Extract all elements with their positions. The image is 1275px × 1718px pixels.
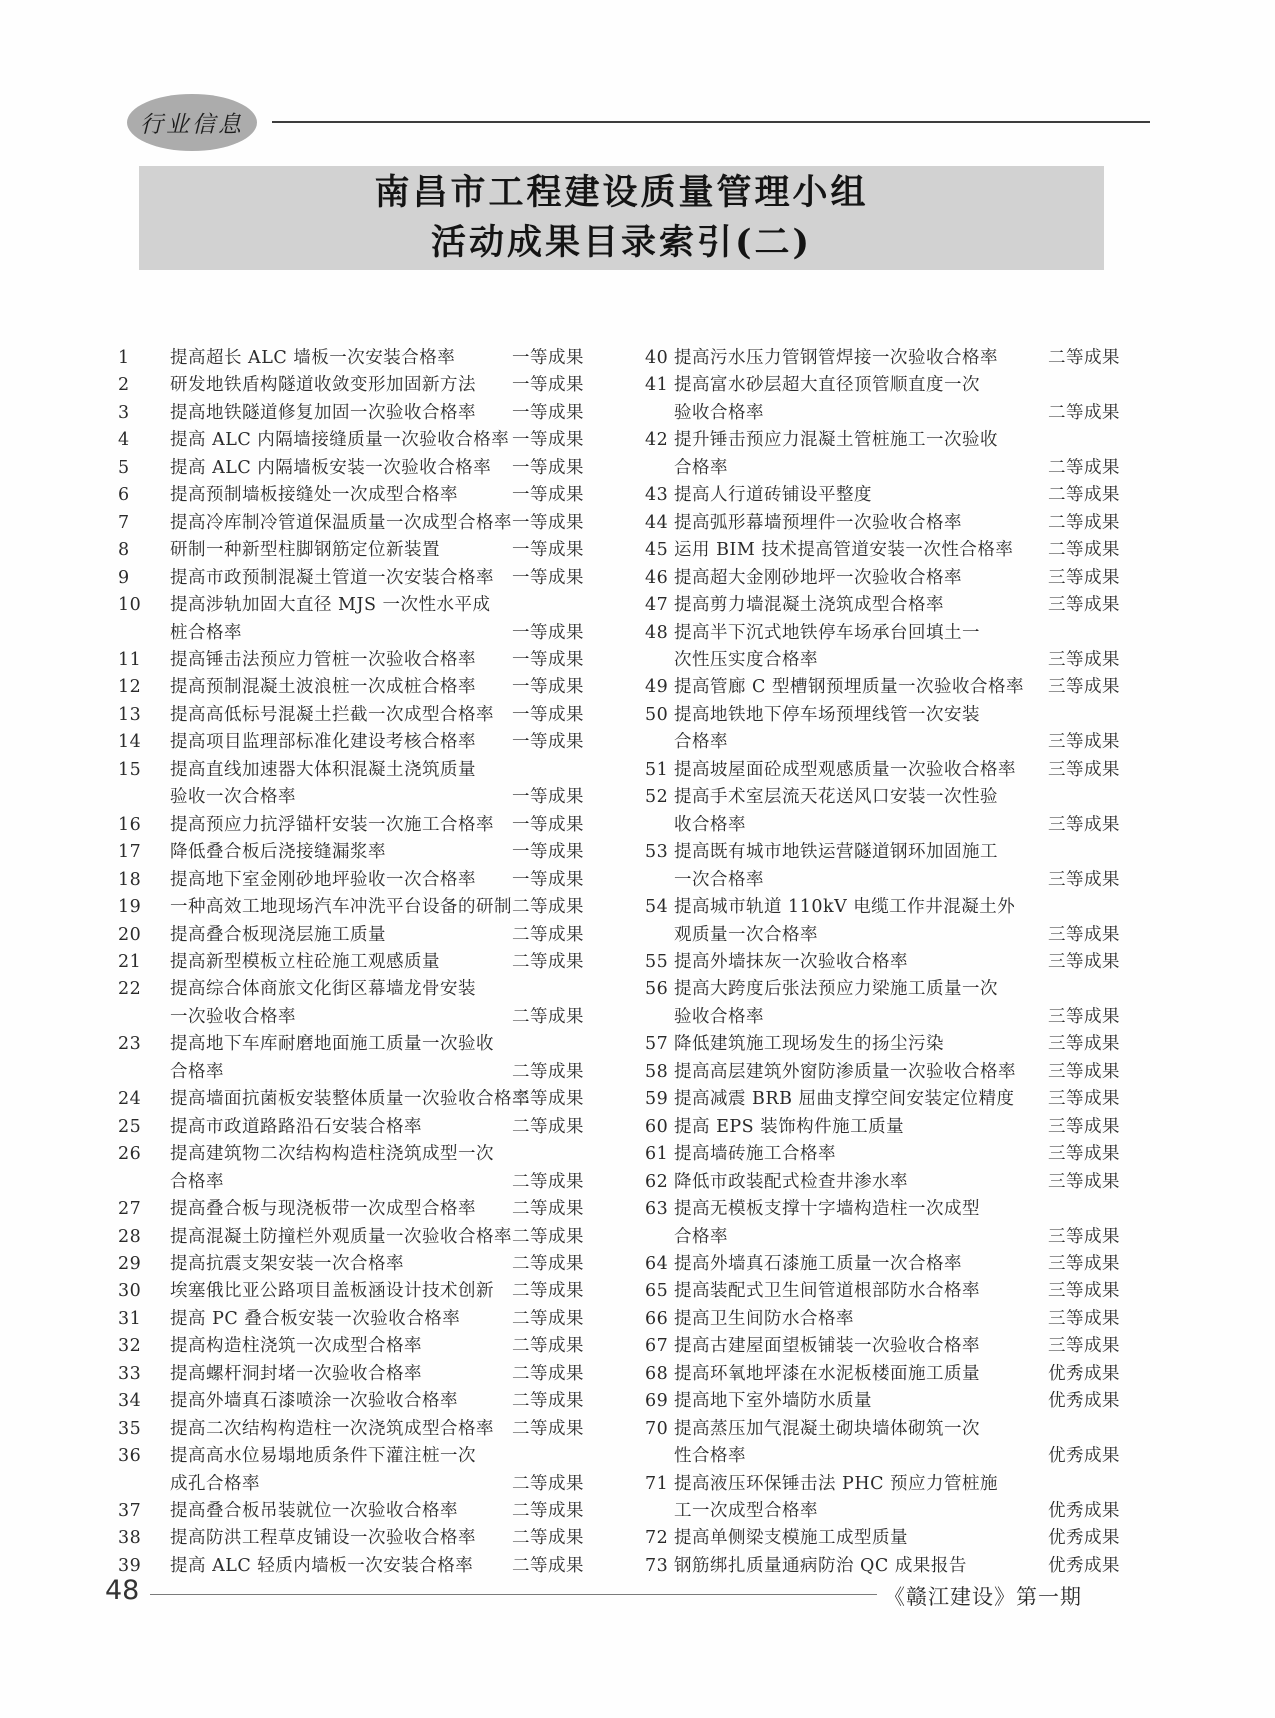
footer-rule xyxy=(150,1594,877,1595)
catalog-item-number: 26 xyxy=(118,1141,170,1168)
catalog-item-title: 提高预制墙板接缝处一次成型合格率 xyxy=(170,482,512,509)
catalog-item: 37 提高叠合板吊装就位一次验收合格率 二等成果 xyxy=(118,1498,600,1525)
catalog-item-grade: 一等成果 xyxy=(512,729,598,756)
catalog-item-grade: 三等成果 xyxy=(1048,1306,1134,1333)
catalog-item-title: 提高半下沉式地铁停车场承台回填土一 次性压实度合格率 xyxy=(674,620,1048,675)
catalog-item-title: 提高 ALC 内隔墙接缝质量一次验收合格率 xyxy=(170,427,512,454)
catalog-item-grade: 一等成果 xyxy=(512,839,598,866)
catalog-item-title: 提高新型模板立柱砼施工观感质量 xyxy=(170,949,512,976)
catalog-item-number: 41 xyxy=(645,372,674,399)
catalog-item-title: 提高无模板支撑十字墙构造柱一次成型 合格率 xyxy=(674,1196,1048,1251)
catalog-item-title: 提高锤击法预应力管桩一次验收合格率 xyxy=(170,647,512,674)
catalog-item-number: 66 xyxy=(645,1306,674,1333)
catalog-item: 43 提高人行道砖铺设平整度 二等成果 xyxy=(645,482,1134,509)
section-badge: 行业信息 xyxy=(127,94,257,151)
catalog-item: 7 提高冷库制冷管道保温质量一次成型合格率 一等成果 xyxy=(118,510,600,537)
catalog-item: 52 提高手术室层流天花送风口安装一次性验 收合格率 三等成果 xyxy=(645,784,1134,839)
catalog-item-grade: 二等成果 xyxy=(512,1498,598,1525)
catalog-item-title: 提高叠合板现浇层施工质量 xyxy=(170,922,512,949)
catalog-item-number: 11 xyxy=(118,647,170,674)
catalog-item-grade: 三等成果 xyxy=(1048,922,1134,949)
catalog-item-grade: 二等成果 xyxy=(512,1525,598,1552)
catalog-item-number: 43 xyxy=(645,482,674,509)
catalog-item-grade: 三等成果 xyxy=(1048,729,1134,756)
catalog-item-number: 47 xyxy=(645,592,674,619)
catalog-item-title: 提高叠合板吊装就位一次验收合格率 xyxy=(170,1498,512,1525)
catalog-item: 25 提高市政道路路沿石安装合格率 二等成果 xyxy=(118,1114,600,1141)
catalog-item-number: 19 xyxy=(118,894,170,921)
catalog-item-grade: 二等成果 xyxy=(512,1416,598,1443)
catalog-item-grade: 二等成果 xyxy=(512,1004,598,1031)
catalog-item: 71 提高液压环保锤击法 PHC 预应力管桩施 工一次成型合格率 优秀成果 xyxy=(645,1471,1134,1526)
catalog-item-title: 提高装配式卫生间管道根部防水合格率 xyxy=(674,1278,1048,1305)
catalog-item-number: 56 xyxy=(645,976,674,1003)
catalog-item-grade: 一等成果 xyxy=(512,702,598,729)
catalog-item-title: 提高超长 ALC 墙板一次安装合格率 xyxy=(170,345,512,372)
catalog-item: 60 提高 EPS 装饰构件施工质量 三等成果 xyxy=(645,1114,1134,1141)
catalog-item: 13 提高高低标号混凝土拦截一次成型合格率 一等成果 xyxy=(118,702,600,729)
catalog-item-number: 35 xyxy=(118,1416,170,1443)
catalog-item-number: 23 xyxy=(118,1031,170,1058)
catalog-item: 31 提高 PC 叠合板安装一次验收合格率 二等成果 xyxy=(118,1306,600,1333)
catalog-item-number: 64 xyxy=(645,1251,674,1278)
catalog-item-grade: 二等成果 xyxy=(512,1169,598,1196)
catalog-item-title: 提高混凝土防撞栏外观质量一次验收合格率 xyxy=(170,1224,512,1251)
catalog-item-number: 71 xyxy=(645,1471,674,1498)
catalog-item-number: 33 xyxy=(118,1361,170,1388)
catalog-item-number: 46 xyxy=(645,565,674,592)
catalog-item-title: 提高弧形幕墙预埋件一次验收合格率 xyxy=(674,510,1048,537)
catalog-item-grade: 优秀成果 xyxy=(1048,1388,1134,1415)
catalog-item: 16 提高预应力抗浮锚杆安装一次施工合格率 一等成果 xyxy=(118,812,600,839)
catalog-item-number: 65 xyxy=(645,1278,674,1305)
catalog-item: 49 提高管廊 C 型槽钢预埋质量一次验收合格率 三等成果 xyxy=(645,674,1134,701)
catalog-item-title: 提高抗震支架安装一次合格率 xyxy=(170,1251,512,1278)
catalog-item: 44 提高弧形幕墙预埋件一次验收合格率 二等成果 xyxy=(645,510,1134,537)
magazine-page: 行业信息 南昌市工程建设质量管理小组 活动成果目录索引(二) 1 提高超长 AL… xyxy=(0,0,1275,1718)
catalog-item-grade: 一等成果 xyxy=(512,784,598,811)
catalog-item: 12 提高预制混凝土波浪桩一次成桩合格率 一等成果 xyxy=(118,674,600,701)
catalog-item-grade: 二等成果 xyxy=(1048,345,1134,372)
catalog-item: 36 提高高水位易塌地质条件下灌注桩一次 成孔合格率 二等成果 xyxy=(118,1443,600,1498)
catalog-item-title: 提高高低标号混凝土拦截一次成型合格率 xyxy=(170,702,512,729)
catalog-item-number: 27 xyxy=(118,1196,170,1223)
catalog-item-number: 2 xyxy=(118,372,170,399)
catalog-item: 46 提高超大金刚砂地坪一次验收合格率 三等成果 xyxy=(645,565,1134,592)
catalog-item-grade: 优秀成果 xyxy=(1048,1498,1134,1525)
catalog-item-title: 提高螺杆洞封堵一次验收合格率 xyxy=(170,1361,512,1388)
catalog-item-number: 61 xyxy=(645,1141,674,1168)
catalog-item-title: 提高墙面抗菌板安装整体质量一次验收合格率 xyxy=(170,1086,512,1113)
catalog-item-title: 钢筋绑扎质量通病防治 QC 成果报告 xyxy=(674,1553,1048,1580)
catalog-item: 2 研发地铁盾构隧道收敛变形加固新方法 一等成果 xyxy=(118,372,600,399)
catalog-item-number: 72 xyxy=(645,1525,674,1552)
catalog-item-title: 提高蒸压加气混凝土砌块墙体砌筑一次 性合格率 xyxy=(674,1416,1048,1471)
catalog-item-number: 40 xyxy=(645,345,674,372)
catalog-item: 72 提高单侧梁支模施工成型质量 优秀成果 xyxy=(645,1525,1134,1552)
catalog-item-number: 21 xyxy=(118,949,170,976)
catalog-item-number: 25 xyxy=(118,1114,170,1141)
catalog-item: 66 提高卫生间防水合格率 三等成果 xyxy=(645,1306,1134,1333)
catalog-item-title: 提高地下车库耐磨地面施工质量一次验收 合格率 xyxy=(170,1031,512,1086)
catalog-item-grade: 三等成果 xyxy=(1048,1004,1134,1031)
catalog-item: 5 提高 ALC 内隔墙板安装一次验收合格率 一等成果 xyxy=(118,455,600,482)
catalog-item-title: 降低叠合板后浇接缝漏浆率 xyxy=(170,839,512,866)
catalog-item: 27 提高叠合板与现浇板带一次成型合格率 二等成果 xyxy=(118,1196,600,1223)
catalog-item-number: 32 xyxy=(118,1333,170,1360)
catalog-item-title: 提高既有城市地铁运营隧道钢环加固施工 一次合格率 xyxy=(674,839,1048,894)
catalog-item-title: 提高管廊 C 型槽钢预埋质量一次验收合格率 xyxy=(674,674,1048,701)
catalog-item-grade: 二等成果 xyxy=(1048,455,1134,482)
catalog-item-grade: 二等成果 xyxy=(512,1333,598,1360)
footer-journal-title: 《赣江建设》第一期 xyxy=(884,1581,1082,1611)
catalog-item-grade: 三等成果 xyxy=(1048,1114,1134,1141)
catalog-item: 34 提高外墙真石漆喷涂一次验收合格率 二等成果 xyxy=(118,1388,600,1415)
section-badge-label: 行业信息 xyxy=(140,106,244,139)
catalog-column-right: 40 提高污水压力管钢管焊接一次验收合格率 二等成果 41 提高富水砂层超大直径… xyxy=(645,345,1134,1580)
catalog-item: 30 埃塞俄比亚公路项目盖板涵设计技术创新 二等成果 xyxy=(118,1278,600,1305)
catalog-item-number: 48 xyxy=(645,620,674,647)
catalog-item-grade: 一等成果 xyxy=(512,674,598,701)
catalog-item-title: 提高大跨度后张法预应力梁施工质量一次 验收合格率 xyxy=(674,976,1048,1031)
catalog-item: 63 提高无模板支撑十字墙构造柱一次成型 合格率 三等成果 xyxy=(645,1196,1134,1251)
page-title-line2: 活动成果目录索引(二) xyxy=(431,218,812,268)
catalog-item-title: 降低建筑施工现场发生的扬尘污染 xyxy=(674,1031,1048,1058)
catalog-item-title: 提高 EPS 装饰构件施工质量 xyxy=(674,1114,1048,1141)
catalog-item-grade: 三等成果 xyxy=(1048,1031,1134,1058)
catalog-item: 51 提高坡屋面砼成型观感质量一次验收合格率 三等成果 xyxy=(645,757,1134,784)
catalog-item: 40 提高污水压力管钢管焊接一次验收合格率 二等成果 xyxy=(645,345,1134,372)
catalog-item-grade: 三等成果 xyxy=(1048,1251,1134,1278)
catalog-item-title: 提高坡屋面砼成型观感质量一次验收合格率 xyxy=(674,757,1048,784)
catalog-item: 68 提高环氧地坪漆在水泥板楼面施工质量 优秀成果 xyxy=(645,1361,1134,1388)
catalog-item-grade: 优秀成果 xyxy=(1048,1361,1134,1388)
catalog-item-number: 1 xyxy=(118,345,170,372)
catalog-item-number: 68 xyxy=(645,1361,674,1388)
catalog-item-grade: 一等成果 xyxy=(512,400,598,427)
catalog-item-title: 提高卫生间防水合格率 xyxy=(674,1306,1048,1333)
catalog-item: 22 提高综合体商旅文化街区幕墙龙骨安装 一次验收合格率 二等成果 xyxy=(118,976,600,1031)
catalog-item-number: 30 xyxy=(118,1278,170,1305)
catalog-item: 42 提升锤击预应力混凝土管桩施工一次验收 合格率 二等成果 xyxy=(645,427,1134,482)
catalog-item-number: 58 xyxy=(645,1059,674,1086)
catalog-item-number: 67 xyxy=(645,1333,674,1360)
catalog-item-title: 提高外墙抹灰一次验收合格率 xyxy=(674,949,1048,976)
catalog-item: 20 提高叠合板现浇层施工质量 二等成果 xyxy=(118,922,600,949)
page-title-line1: 南昌市工程建设质量管理小组 xyxy=(374,168,868,218)
catalog-item: 18 提高地下室金刚砂地坪验收一次合格率 一等成果 xyxy=(118,867,600,894)
catalog-item-grade: 三等成果 xyxy=(1048,592,1134,619)
catalog-column-left: 1 提高超长 ALC 墙板一次安装合格率 一等成果 2 研发地铁盾构隧道收敛变形… xyxy=(118,345,600,1580)
catalog-item: 56 提高大跨度后张法预应力梁施工质量一次 验收合格率 三等成果 xyxy=(645,976,1134,1031)
catalog-item-number: 4 xyxy=(118,427,170,454)
catalog-item: 8 研制一种新型柱脚钢筋定位新装置 一等成果 xyxy=(118,537,600,564)
catalog-item-number: 24 xyxy=(118,1086,170,1113)
catalog-item-title: 提高手术室层流天花送风口安装一次性验 收合格率 xyxy=(674,784,1048,839)
catalog-item-number: 20 xyxy=(118,922,170,949)
catalog-item-grade: 二等成果 xyxy=(512,1224,598,1251)
header-rule xyxy=(272,121,1150,123)
catalog-item-title: 提高二次结构构造柱一次浇筑成型合格率 xyxy=(170,1416,512,1443)
catalog-item-grade: 优秀成果 xyxy=(1048,1443,1134,1470)
catalog-item-number: 45 xyxy=(645,537,674,564)
catalog-item-number: 22 xyxy=(118,976,170,1003)
catalog-item: 39 提高 ALC 轻质内墙板一次安装合格率 二等成果 xyxy=(118,1553,600,1580)
catalog-item-title: 提高 ALC 轻质内墙板一次安装合格率 xyxy=(170,1553,512,1580)
catalog-item-title: 提高 PC 叠合板安装一次验收合格率 xyxy=(170,1306,512,1333)
catalog-item-grade: 一等成果 xyxy=(512,647,598,674)
catalog-item-number: 55 xyxy=(645,949,674,976)
catalog-item-grade: 三等成果 xyxy=(1048,647,1134,674)
catalog-item-grade: 二等成果 xyxy=(512,922,598,949)
catalog-item-title: 提高市政预制混凝土管道一次安装合格率 xyxy=(170,565,512,592)
catalog-item-grade: 一等成果 xyxy=(512,867,598,894)
catalog-item-number: 31 xyxy=(118,1306,170,1333)
catalog-item: 65 提高装配式卫生间管道根部防水合格率 三等成果 xyxy=(645,1278,1134,1305)
catalog-item: 69 提高地下室外墙防水质量 优秀成果 xyxy=(645,1388,1134,1415)
catalog-item-number: 60 xyxy=(645,1114,674,1141)
catalog-item: 33 提高螺杆洞封堵一次验收合格率 二等成果 xyxy=(118,1361,600,1388)
catalog-item-grade: 二等成果 xyxy=(1048,537,1134,564)
catalog-item-grade: 一等成果 xyxy=(512,482,598,509)
catalog-item-title: 提高地下室外墙防水质量 xyxy=(674,1388,1048,1415)
catalog-item: 50 提高地铁地下停车场预埋线管一次安装 合格率 三等成果 xyxy=(645,702,1134,757)
catalog-item: 28 提高混凝土防撞栏外观质量一次验收合格率 二等成果 xyxy=(118,1224,600,1251)
catalog-item-grade: 三等成果 xyxy=(1048,1086,1134,1113)
catalog-item-number: 52 xyxy=(645,784,674,811)
catalog-item-number: 14 xyxy=(118,729,170,756)
catalog-item: 21 提高新型模板立柱砼施工观感质量 二等成果 xyxy=(118,949,600,976)
catalog-item-title: 提高减震 BRB 屈曲支撑空间安装定位精度 xyxy=(674,1086,1048,1113)
catalog-item: 17 降低叠合板后浇接缝漏浆率 一等成果 xyxy=(118,839,600,866)
title-box: 南昌市工程建设质量管理小组 活动成果目录索引(二) xyxy=(139,166,1104,270)
catalog-item: 38 提高防洪工程草皮铺设一次验收合格率 二等成果 xyxy=(118,1525,600,1552)
catalog-item: 45 运用 BIM 技术提高管道安装一次性合格率 二等成果 xyxy=(645,537,1134,564)
catalog-item: 41 提高富水砂层超大直径顶管顺直度一次 验收合格率 二等成果 xyxy=(645,372,1134,427)
catalog-item-title: 提高地铁隧道修复加固一次验收合格率 xyxy=(170,400,512,427)
catalog-item-title: 提高直线加速器大体积混凝土浇筑质量 验收一次合格率 xyxy=(170,757,512,812)
catalog-item-grade: 二等成果 xyxy=(512,1306,598,1333)
catalog-item-grade: 三等成果 xyxy=(1048,674,1134,701)
catalog-item-grade: 二等成果 xyxy=(1048,510,1134,537)
catalog-item-grade: 三等成果 xyxy=(1048,1224,1134,1251)
catalog-item-number: 5 xyxy=(118,455,170,482)
catalog-item-grade: 一等成果 xyxy=(512,510,598,537)
catalog-item-grade: 三等成果 xyxy=(1048,757,1134,784)
catalog-item-number: 28 xyxy=(118,1224,170,1251)
catalog-item-grade: 二等成果 xyxy=(512,1361,598,1388)
catalog-item-number: 13 xyxy=(118,702,170,729)
catalog-item-grade: 二等成果 xyxy=(1048,400,1134,427)
catalog-item-title: 研发地铁盾构隧道收敛变形加固新方法 xyxy=(170,372,512,399)
catalog-item-title: 提高 ALC 内隔墙板安装一次验收合格率 xyxy=(170,455,512,482)
catalog-item-title: 提高超大金刚砂地坪一次验收合格率 xyxy=(674,565,1048,592)
catalog-item-number: 50 xyxy=(645,702,674,729)
catalog-item-title: 提高地下室金刚砂地坪验收一次合格率 xyxy=(170,867,512,894)
catalog-item-title: 提高涉轨加固大直径 MJS 一次性水平成 桩合格率 xyxy=(170,592,512,647)
catalog-item-title: 提高市政道路路沿石安装合格率 xyxy=(170,1114,512,1141)
catalog-item-grade: 一等成果 xyxy=(512,812,598,839)
catalog-item-number: 51 xyxy=(645,757,674,784)
catalog-item-number: 18 xyxy=(118,867,170,894)
catalog-item-number: 42 xyxy=(645,427,674,454)
catalog-item-grade: 三等成果 xyxy=(1048,1141,1134,1168)
catalog-item-title: 提高地铁地下停车场预埋线管一次安装 合格率 xyxy=(674,702,1048,757)
catalog-item-title: 提高预制混凝土波浪桩一次成桩合格率 xyxy=(170,674,512,701)
catalog-item: 1 提高超长 ALC 墙板一次安装合格率 一等成果 xyxy=(118,345,600,372)
catalog-item: 54 提高城市轨道 110kV 电缆工作井混凝土外 观质量一次合格率 三等成果 xyxy=(645,894,1134,949)
catalog-item-title: 提高建筑物二次结构构造柱浇筑成型一次 合格率 xyxy=(170,1141,512,1196)
catalog-item: 57 降低建筑施工现场发生的扬尘污染 三等成果 xyxy=(645,1031,1134,1058)
catalog-item-title: 提高叠合板与现浇板带一次成型合格率 xyxy=(170,1196,512,1223)
catalog-item-number: 70 xyxy=(645,1416,674,1443)
catalog-item: 15 提高直线加速器大体积混凝土浇筑质量 验收一次合格率 一等成果 xyxy=(118,757,600,812)
catalog-item-number: 6 xyxy=(118,482,170,509)
catalog-item-title: 提高环氧地坪漆在水泥板楼面施工质量 xyxy=(674,1361,1048,1388)
catalog-item: 14 提高项目监理部标准化建设考核合格率 一等成果 xyxy=(118,729,600,756)
catalog-item-grade: 三等成果 xyxy=(1048,867,1134,894)
catalog-item-title: 提高防洪工程草皮铺设一次验收合格率 xyxy=(170,1525,512,1552)
catalog-item-number: 63 xyxy=(645,1196,674,1223)
catalog-item-title: 一种高效工地现场汽车冲洗平台设备的研制 xyxy=(170,894,512,921)
catalog-item: 64 提高外墙真石漆施工质量一次合格率 三等成果 xyxy=(645,1251,1134,1278)
catalog-item-grade: 一等成果 xyxy=(512,427,598,454)
catalog-item-number: 44 xyxy=(645,510,674,537)
catalog-item-grade: 三等成果 xyxy=(1048,1333,1134,1360)
catalog-item-grade: 三等成果 xyxy=(1048,1059,1134,1086)
catalog-item-number: 7 xyxy=(118,510,170,537)
catalog-item: 61 提高墙砖施工合格率 三等成果 xyxy=(645,1141,1134,1168)
catalog-item-grade: 三等成果 xyxy=(1048,1278,1134,1305)
catalog-item-grade: 二等成果 xyxy=(512,1553,598,1580)
catalog-item: 23 提高地下车库耐磨地面施工质量一次验收 合格率 二等成果 xyxy=(118,1031,600,1086)
catalog-item-title: 提高剪力墙混凝土浇筑成型合格率 xyxy=(674,592,1048,619)
catalog-item: 47 提高剪力墙混凝土浇筑成型合格率 三等成果 xyxy=(645,592,1134,619)
catalog-item-number: 73 xyxy=(645,1553,674,1580)
catalog-item: 32 提高构造柱浇筑一次成型合格率 二等成果 xyxy=(118,1333,600,1360)
catalog-item-number: 59 xyxy=(645,1086,674,1113)
catalog-item-grade: 三等成果 xyxy=(1048,565,1134,592)
catalog-item: 11 提高锤击法预应力管桩一次验收合格率 一等成果 xyxy=(118,647,600,674)
catalog-item: 26 提高建筑物二次结构构造柱浇筑成型一次 合格率 二等成果 xyxy=(118,1141,600,1196)
catalog-item-number: 36 xyxy=(118,1443,170,1470)
catalog-item-title: 提高人行道砖铺设平整度 xyxy=(674,482,1048,509)
catalog-item-title: 提高外墙真石漆喷涂一次验收合格率 xyxy=(170,1388,512,1415)
catalog-item-grade: 二等成果 xyxy=(512,949,598,976)
catalog-item-number: 10 xyxy=(118,592,170,619)
catalog-item: 58 提高高层建筑外窗防渗质量一次验收合格率 三等成果 xyxy=(645,1059,1134,1086)
catalog-item: 73 钢筋绑扎质量通病防治 QC 成果报告 优秀成果 xyxy=(645,1553,1134,1580)
catalog-item-title: 提高综合体商旅文化街区幕墙龙骨安装 一次验收合格率 xyxy=(170,976,512,1031)
catalog-item: 55 提高外墙抹灰一次验收合格率 三等成果 xyxy=(645,949,1134,976)
catalog-item-number: 8 xyxy=(118,537,170,564)
catalog-item-grade: 二等成果 xyxy=(512,894,598,921)
catalog-item-grade: 一等成果 xyxy=(512,455,598,482)
catalog-item-grade: 二等成果 xyxy=(512,1196,598,1223)
catalog-item: 53 提高既有城市地铁运营隧道钢环加固施工 一次合格率 三等成果 xyxy=(645,839,1134,894)
catalog-item-grade: 二等成果 xyxy=(512,1471,598,1498)
catalog-item: 24 提高墙面抗菌板安装整体质量一次验收合格率 二等成果 xyxy=(118,1086,600,1113)
catalog-item-title: 提高冷库制冷管道保温质量一次成型合格率 xyxy=(170,510,512,537)
catalog-item-grade: 一等成果 xyxy=(512,372,598,399)
catalog-item-number: 17 xyxy=(118,839,170,866)
catalog-item-number: 69 xyxy=(645,1388,674,1415)
catalog-item-grade: 一等成果 xyxy=(512,620,598,647)
catalog-item-grade: 二等成果 xyxy=(512,1251,598,1278)
catalog-item-grade: 优秀成果 xyxy=(1048,1525,1134,1552)
catalog-item: 70 提高蒸压加气混凝土砌块墙体砌筑一次 性合格率 优秀成果 xyxy=(645,1416,1134,1471)
catalog-item-grade: 二等成果 xyxy=(512,1114,598,1141)
catalog-item-number: 29 xyxy=(118,1251,170,1278)
catalog-item: 29 提高抗震支架安装一次合格率 二等成果 xyxy=(118,1251,600,1278)
catalog-item-title: 提高污水压力管钢管焊接一次验收合格率 xyxy=(674,345,1048,372)
catalog-item-grade: 三等成果 xyxy=(1048,1169,1134,1196)
catalog-item-number: 3 xyxy=(118,400,170,427)
catalog-item-number: 54 xyxy=(645,894,674,921)
catalog-item-number: 62 xyxy=(645,1169,674,1196)
catalog-item: 48 提高半下沉式地铁停车场承台回填土一 次性压实度合格率 三等成果 xyxy=(645,620,1134,675)
catalog-item-number: 15 xyxy=(118,757,170,784)
catalog-item: 3 提高地铁隧道修复加固一次验收合格率 一等成果 xyxy=(118,400,600,427)
catalog-item-title: 提高构造柱浇筑一次成型合格率 xyxy=(170,1333,512,1360)
catalog-item-title: 提高预应力抗浮锚杆安装一次施工合格率 xyxy=(170,812,512,839)
catalog-item-title: 埃塞俄比亚公路项目盖板涵设计技术创新 xyxy=(170,1278,512,1305)
catalog-item: 10 提高涉轨加固大直径 MJS 一次性水平成 桩合格率 一等成果 xyxy=(118,592,600,647)
catalog-item-number: 53 xyxy=(645,839,674,866)
catalog-item-number: 49 xyxy=(645,674,674,701)
catalog-item-grade: 三等成果 xyxy=(1048,949,1134,976)
catalog-item: 35 提高二次结构构造柱一次浇筑成型合格率 二等成果 xyxy=(118,1416,600,1443)
catalog-item-grade: 一等成果 xyxy=(512,537,598,564)
catalog-item: 19 一种高效工地现场汽车冲洗平台设备的研制 二等成果 xyxy=(118,894,600,921)
catalog-item-title: 提高城市轨道 110kV 电缆工作井混凝土外 观质量一次合格率 xyxy=(674,894,1048,949)
catalog-item-number: 9 xyxy=(118,565,170,592)
catalog-item-title: 运用 BIM 技术提高管道安装一次性合格率 xyxy=(674,537,1048,564)
catalog-item-grade: 优秀成果 xyxy=(1048,1553,1134,1580)
catalog-item-title: 提升锤击预应力混凝土管桩施工一次验收 合格率 xyxy=(674,427,1048,482)
catalog-item-title: 提高外墙真石漆施工质量一次合格率 xyxy=(674,1251,1048,1278)
catalog-item-number: 12 xyxy=(118,674,170,701)
catalog-item-title: 提高高水位易塌地质条件下灌注桩一次 成孔合格率 xyxy=(170,1443,512,1498)
footer-page-number: 48 xyxy=(105,1575,139,1606)
catalog-item-title: 提高高层建筑外窗防渗质量一次验收合格率 xyxy=(674,1059,1048,1086)
catalog-item-title: 提高液压环保锤击法 PHC 预应力管桩施 工一次成型合格率 xyxy=(674,1471,1048,1526)
catalog-item-title: 降低市政装配式检查井渗水率 xyxy=(674,1169,1048,1196)
catalog-item-grade: 二等成果 xyxy=(512,1278,598,1305)
catalog-item-number: 57 xyxy=(645,1031,674,1058)
catalog-item: 67 提高古建屋面望板铺装一次验收合格率 三等成果 xyxy=(645,1333,1134,1360)
catalog-item-grade: 一等成果 xyxy=(512,565,598,592)
catalog-item-number: 34 xyxy=(118,1388,170,1415)
catalog-item-title: 提高项目监理部标准化建设考核合格率 xyxy=(170,729,512,756)
catalog-item-number: 16 xyxy=(118,812,170,839)
catalog-item: 4 提高 ALC 内隔墙接缝质量一次验收合格率 一等成果 xyxy=(118,427,600,454)
catalog-item-grade: 一等成果 xyxy=(512,345,598,372)
catalog-item: 62 降低市政装配式检查井渗水率 三等成果 xyxy=(645,1169,1134,1196)
catalog-item-title: 提高单侧梁支模施工成型质量 xyxy=(674,1525,1048,1552)
catalog-item-title: 提高古建屋面望板铺装一次验收合格率 xyxy=(674,1333,1048,1360)
catalog-item-title: 提高墙砖施工合格率 xyxy=(674,1141,1048,1168)
catalog-item-grade: 二等成果 xyxy=(512,1059,598,1086)
catalog-item-grade: 三等成果 xyxy=(1048,812,1134,839)
catalog-item-title: 提高富水砂层超大直径顶管顺直度一次 验收合格率 xyxy=(674,372,1048,427)
catalog-item-number: 37 xyxy=(118,1498,170,1525)
catalog-item-grade: 二等成果 xyxy=(512,1388,598,1415)
catalog-item-grade: 二等成果 xyxy=(1048,482,1134,509)
catalog-item: 59 提高减震 BRB 屈曲支撑空间安装定位精度 三等成果 xyxy=(645,1086,1134,1113)
catalog-item-title: 研制一种新型柱脚钢筋定位新装置 xyxy=(170,537,512,564)
catalog-item: 6 提高预制墙板接缝处一次成型合格率 一等成果 xyxy=(118,482,600,509)
